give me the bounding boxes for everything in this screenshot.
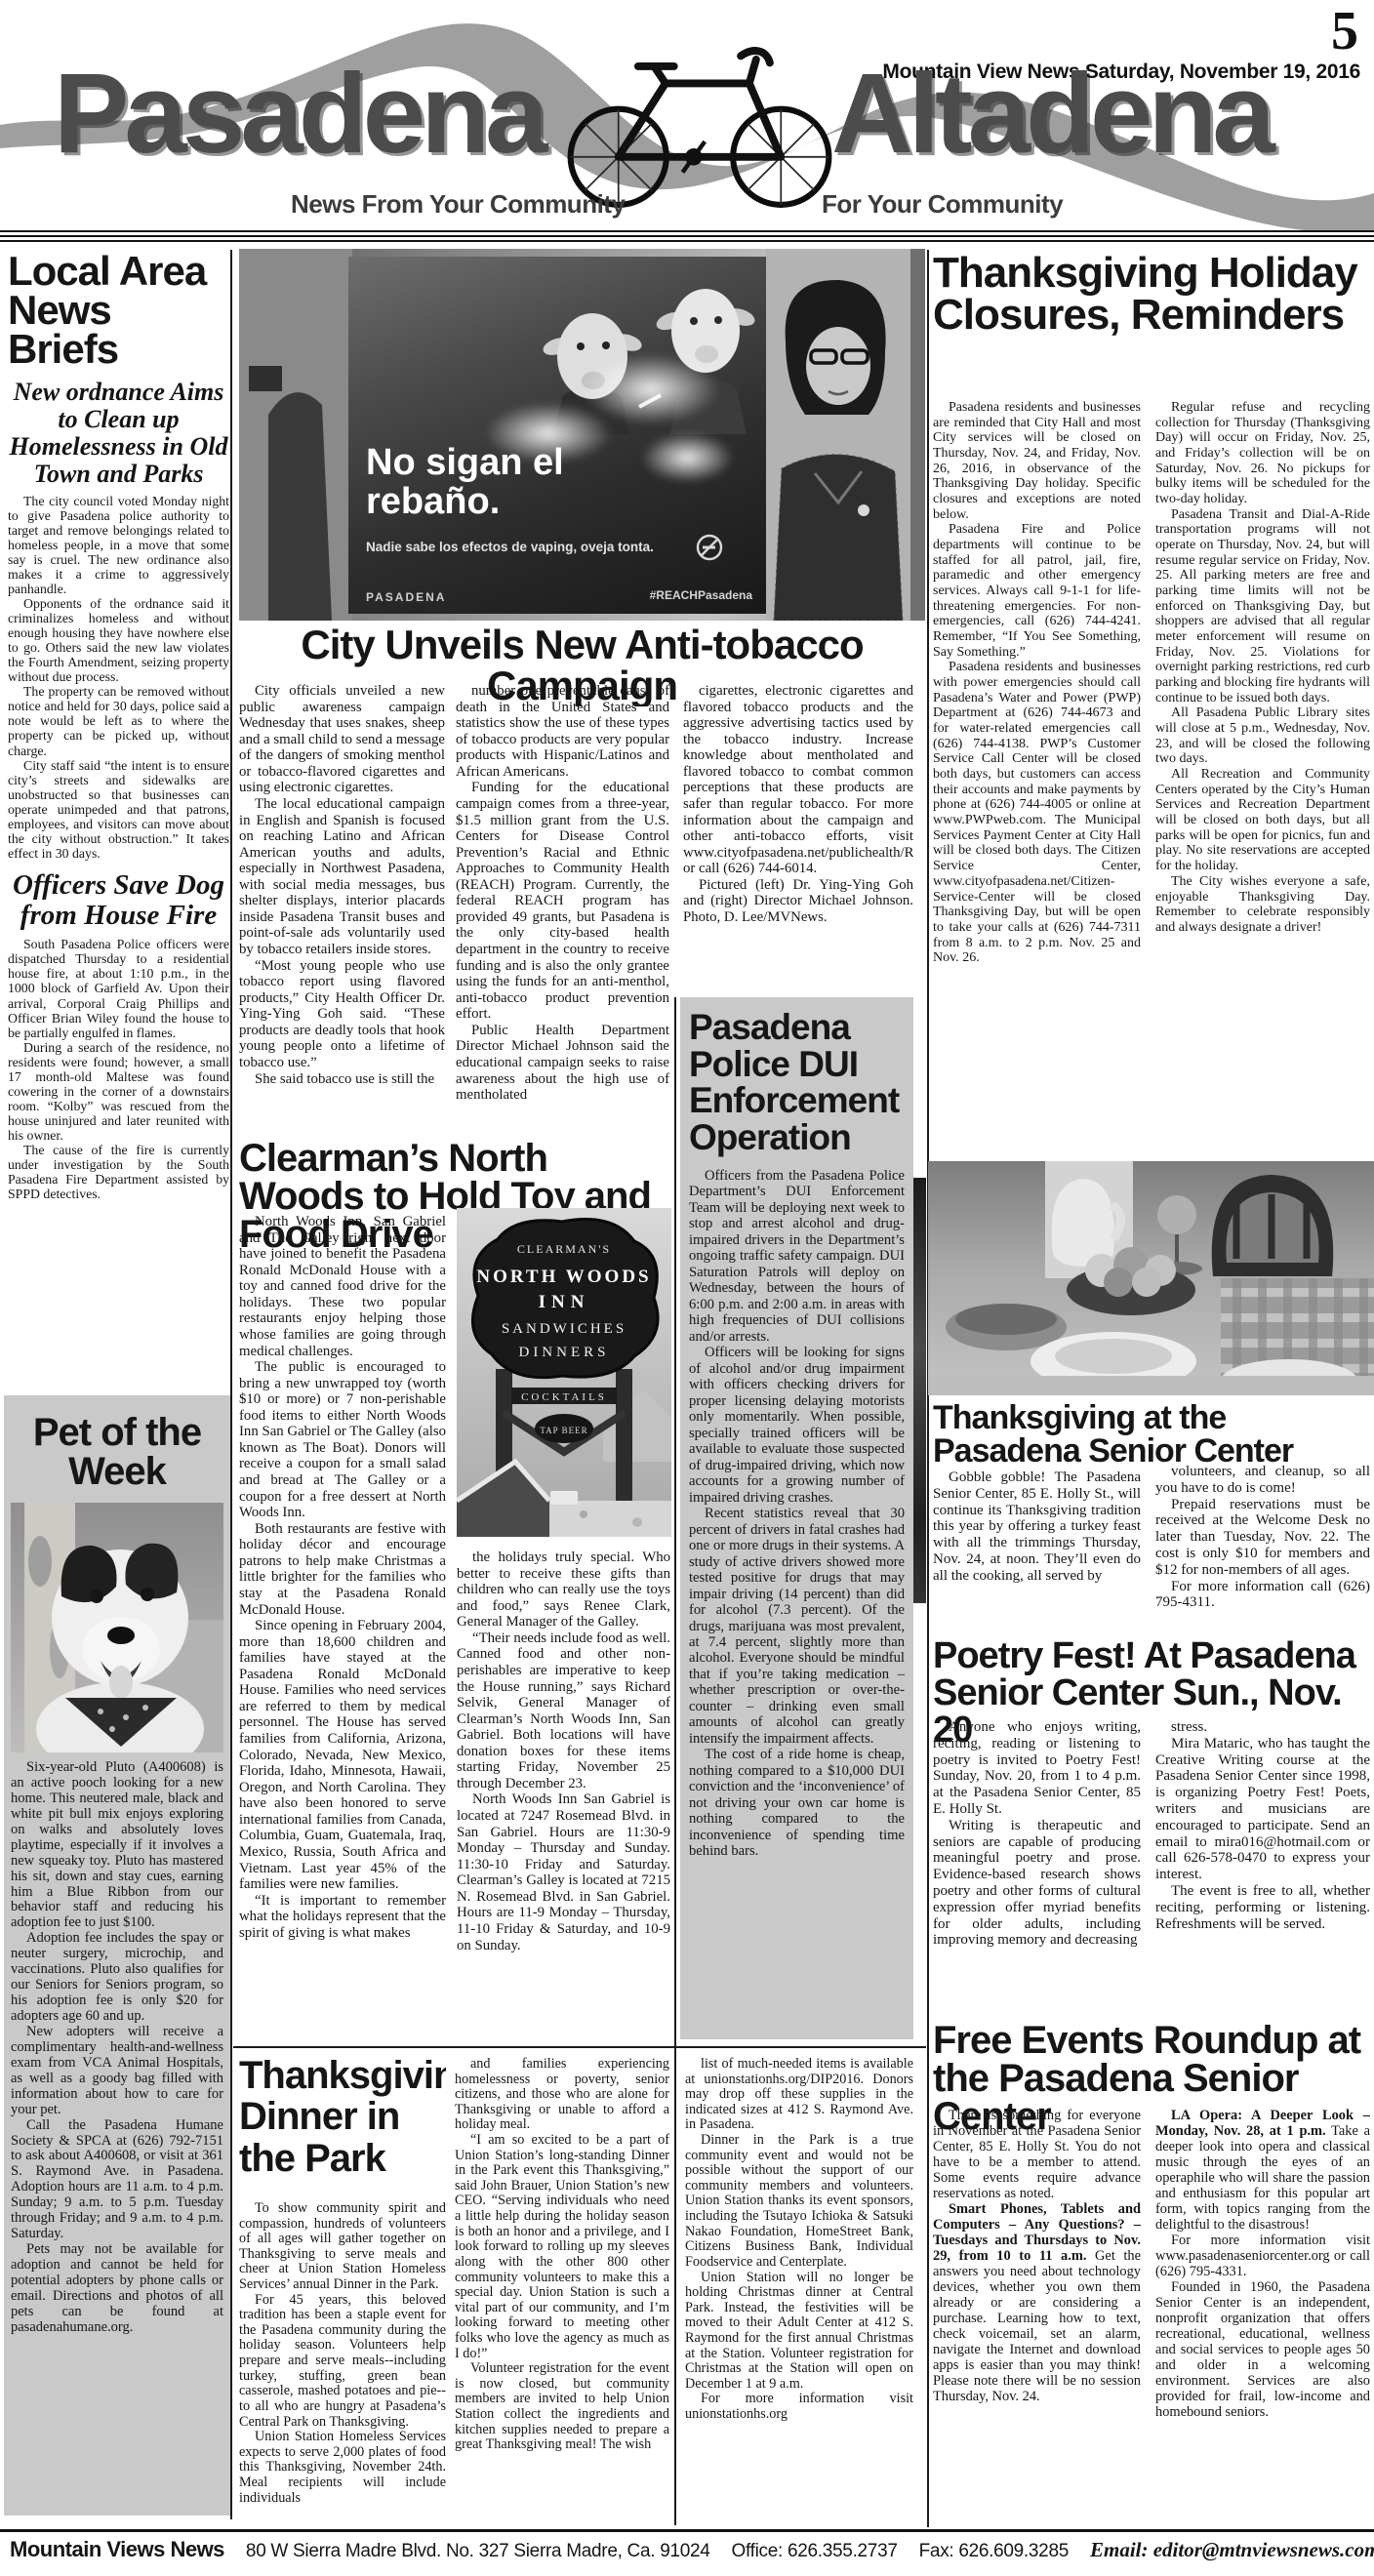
- masthead: 5 Mountain View News Saturday, November …: [0, 0, 1374, 230]
- free-events-col2: LA Opera: A Deeper Look – Monday, Nov. 2…: [1155, 2108, 1370, 2529]
- paragraph: Public Health Department Director Michae…: [456, 1023, 669, 1104]
- paragraph: Anyone who enjoys writing, reciting, rea…: [933, 1719, 1141, 1818]
- paragraph: Union Station will no longer be holding …: [685, 2271, 913, 2393]
- dinner-col3: list of much-needed items is available a…: [685, 2057, 913, 2533]
- paragraph: Union Station Homeless Services expects …: [239, 2430, 446, 2506]
- paragraph: Pasadena Transit and Dial-A-Ride transpo…: [1155, 507, 1370, 706]
- smoke-effect: [641, 432, 734, 483]
- no-smoking-icon: [696, 534, 723, 561]
- anti-tobacco-col3: cigarettes, electronic cigarettes and fl…: [683, 683, 913, 993]
- paragraph: Since opening in February 2004, more tha…: [239, 1618, 446, 1893]
- brief-headline-dog-fire: Officers Save Dog from House Fire: [8, 870, 229, 932]
- paragraph: She said tobacco use is still the: [239, 1071, 445, 1088]
- poetry-col2: stress.Mira Mataric, who has taught the …: [1155, 1719, 1370, 2016]
- anti-tobacco-col1: City officials unveiled a new public awa…: [239, 683, 445, 1136]
- paragraph: Funding for the educational campaign com…: [456, 780, 669, 1022]
- tagline-right: For Your Community: [822, 189, 1063, 220]
- dinner-col1: To show community spirit and compassion,…: [239, 2201, 446, 2531]
- paragraph: Founded in 1960, the Pasadena Senior Cen…: [1155, 2279, 1370, 2420]
- paragraph: cigarettes, electronic cigarettes and fl…: [683, 683, 913, 877]
- paragraph: Pasadena residents and businesses with p…: [933, 660, 1141, 965]
- paragraph: The City wishes everyone a safe, enjoyab…: [1155, 874, 1370, 936]
- poster-hashtag: #REACHPasadena: [650, 588, 752, 602]
- paragraph: LA Opera: A Deeper Look – Monday, Nov. 2…: [1155, 2108, 1370, 2233]
- anti-vaping-poster: No sigan el rebaño. Nadie sabe los efect…: [348, 257, 766, 614]
- footer-email: Email: editor@mtnviewsnews.com: [1090, 2538, 1374, 2562]
- brief-body: The city council voted Monday night to g…: [8, 494, 229, 861]
- pet-body: Six-year-old Pluto (A400608) is an activ…: [11, 1760, 223, 2336]
- paragraph: Pictured (left) Dr. Ying-Ying Goh and (r…: [683, 877, 913, 926]
- paragraph: City staff said “the intent is to ensure…: [8, 758, 229, 861]
- section-rule: [233, 2046, 926, 2048]
- paragraph: “Most young people who use tobacco repor…: [239, 958, 445, 1071]
- paragraph: All Recreation and Community Centers ope…: [1155, 767, 1370, 874]
- smoke-effect: [583, 354, 719, 424]
- dui-body: Officers from the Pasadena Police Depart…: [689, 1168, 905, 1860]
- sign-line-5: DINNERS: [518, 1345, 609, 1360]
- paragraph: Pets may not be available for adoption a…: [11, 2242, 223, 2336]
- anti-tobacco-col2: number one preventable cause of death in…: [456, 683, 669, 1136]
- closures-col2: Regular refuse and recycling collection …: [1155, 400, 1370, 1159]
- column-divider: [674, 997, 676, 2525]
- paragraph: the holidays truly special. Who better t…: [457, 1550, 670, 1630]
- paragraph: Prepaid reservations must be received at…: [1155, 1497, 1370, 1579]
- article-local-news-briefs: Local Area News Briefs New ordnance Aims…: [8, 252, 229, 1395]
- headline-dui: Pasadena Police DUI Enforcement Operatio…: [689, 1009, 905, 1156]
- paragraph: “Their needs include food as well. Canne…: [457, 1630, 670, 1792]
- paragraph: The local educational campaign in Englis…: [239, 796, 445, 958]
- sign-line-2: NORTH WOODS: [476, 1267, 651, 1287]
- paragraph: Adoption fee includes the spay or neuter…: [11, 1931, 223, 2025]
- paragraph: Pasadena Fire and Police departments wil…: [933, 522, 1141, 660]
- dinner-col2: and families experiencing homelessness o…: [455, 2057, 669, 2533]
- paragraph: North Woods Inn San Gabriel is located a…: [457, 1791, 670, 1953]
- page-footer: Mountain Views News 80 W Sierra Madre Bl…: [0, 2537, 1374, 2562]
- page-number: 5: [1331, 0, 1358, 62]
- senior-thanksgiving-col1: Gobble gobble! The Pasadena Senior Cente…: [933, 1469, 1141, 1633]
- paragraph: Both restaurants are festive with holida…: [239, 1521, 446, 1618]
- sign-line-4: SANDWICHES: [502, 1321, 626, 1337]
- paragraph: The cause of the fire is currently under…: [8, 1143, 229, 1201]
- clearmans-col1: North Woods Inn, San Gabriel and The Gal…: [239, 1214, 446, 2041]
- article-pet-of-the-week: Pet of the Week S: [4, 1395, 230, 2516]
- paragraph: South Pasadena Police officers were disp…: [8, 937, 229, 1039]
- photo-sliver: [913, 1178, 926, 1603]
- paragraph: For more information call (626) 795-4311…: [1155, 1579, 1370, 1612]
- paragraph: Six-year-old Pluto (A400608) is an activ…: [11, 1760, 223, 1931]
- paragraph: “It is important to remember what the ho…: [239, 1893, 446, 1942]
- paragraph: number one preventable cause of death in…: [456, 683, 669, 780]
- sign-line-1: CLEARMAN'S: [517, 1242, 611, 1256]
- paragraph: Officers will be looking for signs of al…: [689, 1345, 905, 1506]
- paragraph: and families experiencing homelessness o…: [455, 2057, 669, 2133]
- paragraph: North Woods Inn, San Gabriel and The Gal…: [239, 1214, 446, 1359]
- paragraph: Smart Phones, Tablets and Computers – An…: [933, 2201, 1141, 2404]
- poetry-col1: Anyone who enjoys writing, reciting, rea…: [933, 1719, 1141, 2016]
- paragraph: Opponents of the ordnance said it crimin…: [8, 596, 229, 684]
- sign-line-3: INN: [539, 1292, 590, 1312]
- paragraph: The public is encouraged to bring a new …: [239, 1359, 446, 1521]
- paragraph: Volunteer registration for the event is …: [455, 2361, 669, 2453]
- tagline-left: News From Your Community: [291, 189, 625, 220]
- footer-publication: Mountain Views News: [10, 2537, 224, 2562]
- paragraph: Call the Pasadena Humane Society & SPCA …: [11, 2118, 223, 2243]
- masthead-title-altadena: Altadena: [831, 57, 1271, 170]
- column-divider: [230, 250, 232, 2519]
- article-title: Local Area News Briefs: [8, 252, 229, 369]
- paragraph: For more information visit www.pasadenas…: [1155, 2233, 1370, 2279]
- headline-holiday-closures: Thanksgiving Holiday Closures, Reminders: [933, 252, 1372, 336]
- brief-headline-ordinance: New ordnance Aims to Clean up Homelessne…: [8, 379, 229, 488]
- masthead-rule: [0, 230, 1374, 243]
- paragraph: New adopters will receive a complimentar…: [11, 2025, 223, 2118]
- paragraph: Regular refuse and recycling collection …: [1155, 400, 1370, 507]
- paragraph: To show community spirit and compassion,…: [239, 2201, 446, 2293]
- free-events-col1: There is something for everyone in Novem…: [933, 2108, 1141, 2529]
- paragraph: For 45 years, this beloved tradition has…: [239, 2293, 446, 2430]
- headline-dinner-in-the-park: Thanksgiving Dinner in the Park: [239, 2055, 446, 2179]
- footer-fax: Fax: 626.609.3285: [919, 2541, 1069, 2562]
- paragraph: volunteers, and cleanup, so all you have…: [1155, 1464, 1370, 1497]
- brief-body: South Pasadena Police officers were disp…: [8, 937, 229, 1201]
- paragraph: “I am so excited to be a part of Union S…: [455, 2133, 669, 2361]
- thanksgiving-table-photo: [928, 1161, 1374, 1395]
- paragraph: The event is free to all, whether reciti…: [1155, 1883, 1370, 1932]
- paragraph: Pasadena residents and businesses are re…: [933, 400, 1141, 522]
- poster-headline: No sigan el rebaño.: [366, 444, 586, 521]
- closures-col1: Pasadena residents and businesses are re…: [933, 400, 1141, 1159]
- headline-senior-thanksgiving: Thanksgiving at the Pasadena Senior Cent…: [933, 1401, 1374, 1468]
- footer-office-phone: Office: 626.355.2737: [732, 2541, 898, 2562]
- senior-thanksgiving-col2: volunteers, and cleanup, so all you have…: [1155, 1464, 1370, 1633]
- footer-address: 80 W Sierra Madre Blvd. No. 327 Sierra M…: [246, 2541, 710, 2562]
- article-dui-enforcement: Pasadena Police DUI Enforcement Operatio…: [680, 997, 913, 2039]
- paragraph: There is something for everyone in Novem…: [933, 2108, 1141, 2201]
- paragraph: Gobble gobble! The Pasadena Senior Cente…: [933, 1469, 1141, 1585]
- paragraph: All Pasadena Public Library sites will c…: [1155, 705, 1370, 767]
- sign-line-7: TAP BEER: [540, 1426, 587, 1435]
- paragraph: City officials unveiled a new public awa…: [239, 683, 445, 796]
- paragraph: During a search of the residence, no res…: [8, 1040, 229, 1143]
- paragraph: Mira Mataric, who has taught the Creativ…: [1155, 1736, 1370, 1883]
- poster-brand-logo: PASADENA: [366, 590, 446, 604]
- paragraph: The property can be removed without noti…: [8, 684, 229, 757]
- clearmans-col2: the holidays truly special. Who better t…: [457, 1550, 670, 2039]
- paragraph: stress.: [1155, 1719, 1370, 1736]
- paragraph: Writing is therapeutic and seniors are c…: [933, 1818, 1141, 1949]
- paragraph: The cost of a ride home is cheap, nothin…: [689, 1747, 905, 1859]
- article-title: Pet of the Week: [11, 1413, 223, 1491]
- paragraph: The city council voted Monday night to g…: [8, 494, 229, 596]
- paragraph: Dinner in the Park is a true community e…: [685, 2133, 913, 2270]
- paragraph: list of much-needed items is available a…: [685, 2057, 913, 2133]
- paragraph: Recent statistics reveal that 30 percent…: [689, 1506, 905, 1747]
- poster-subtext: Nadie sabe los efectos de vaping, oveja …: [366, 540, 688, 554]
- dog-photo: [11, 1503, 223, 1752]
- sign-line-6: COCKTAILS: [521, 1391, 607, 1403]
- paragraph: Officers from the Pasadena Police Depart…: [689, 1168, 905, 1345]
- masthead-title-pasadena: Pasadena: [54, 57, 544, 170]
- paragraph: For more information visit unionstationh…: [685, 2392, 913, 2422]
- anti-tobacco-photo: No sigan el rebaño. Nadie sabe los efect…: [239, 249, 925, 621]
- north-woods-inn-sign-photo: CLEARMAN'S NORTH WOODS INN SANDWICHES DI…: [457, 1208, 671, 1537]
- newspaper-page: 5 Mountain View News Saturday, November …: [0, 0, 1374, 2576]
